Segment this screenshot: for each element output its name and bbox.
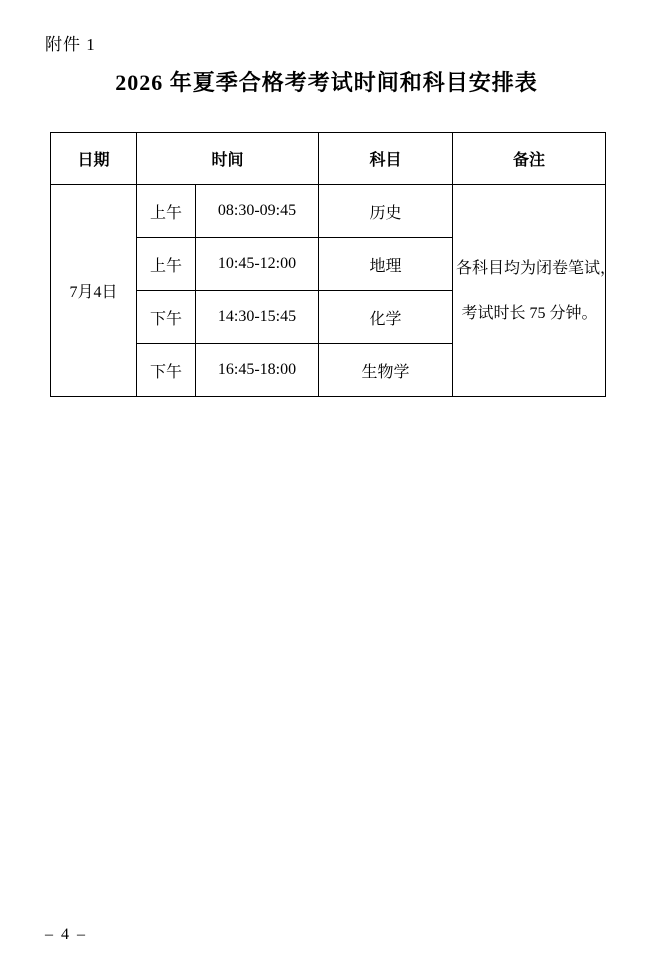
- header-remark: 备注: [453, 133, 606, 185]
- header-time: 时间: [137, 133, 319, 185]
- document-page: { "page": { "attachment_label": "附件 1", …: [0, 0, 653, 965]
- page-title: 2026 年夏季合格考考试时间和科目安排表: [0, 66, 653, 97]
- time-cell: 10:45-12:00: [196, 238, 319, 291]
- date-cell: 7月4日: [51, 185, 137, 397]
- period-cell: 上午: [137, 185, 196, 238]
- period-cell: 上午: [137, 238, 196, 291]
- remark-line-2: 考试时长 75 分钟。: [456, 291, 603, 336]
- remark-line-1: 各科目均为闭卷笔试，: [456, 246, 603, 291]
- time-cell: 16:45-18:00: [196, 344, 319, 397]
- page-number: – 4 –: [45, 926, 87, 944]
- time-cell: 14:30-15:45: [196, 291, 319, 344]
- period-cell: 下午: [137, 344, 196, 397]
- exam-schedule-table: 日期 时间 科目 备注 7月4日 上午 08:30-09:45 历史 各科目均为…: [50, 132, 606, 397]
- header-subject: 科目: [319, 133, 453, 185]
- table-header: 日期 时间 科目 备注: [51, 133, 606, 185]
- subject-cell: 化学: [319, 291, 453, 344]
- subject-cell: 生物学: [319, 344, 453, 397]
- subject-cell: 历史: [319, 185, 453, 238]
- table-body: 7月4日 上午 08:30-09:45 历史 各科目均为闭卷笔试， 考试时长 7…: [51, 185, 606, 397]
- header-row: 日期 时间 科目 备注: [51, 133, 606, 185]
- attachment-label: 附件 1: [45, 30, 96, 55]
- header-date: 日期: [51, 133, 137, 185]
- remark-cell: 各科目均为闭卷笔试， 考试时长 75 分钟。: [453, 185, 606, 397]
- period-cell: 下午: [137, 291, 196, 344]
- subject-cell: 地理: [319, 238, 453, 291]
- table-row: 7月4日 上午 08:30-09:45 历史 各科目均为闭卷笔试， 考试时长 7…: [51, 185, 606, 238]
- time-cell: 08:30-09:45: [196, 185, 319, 238]
